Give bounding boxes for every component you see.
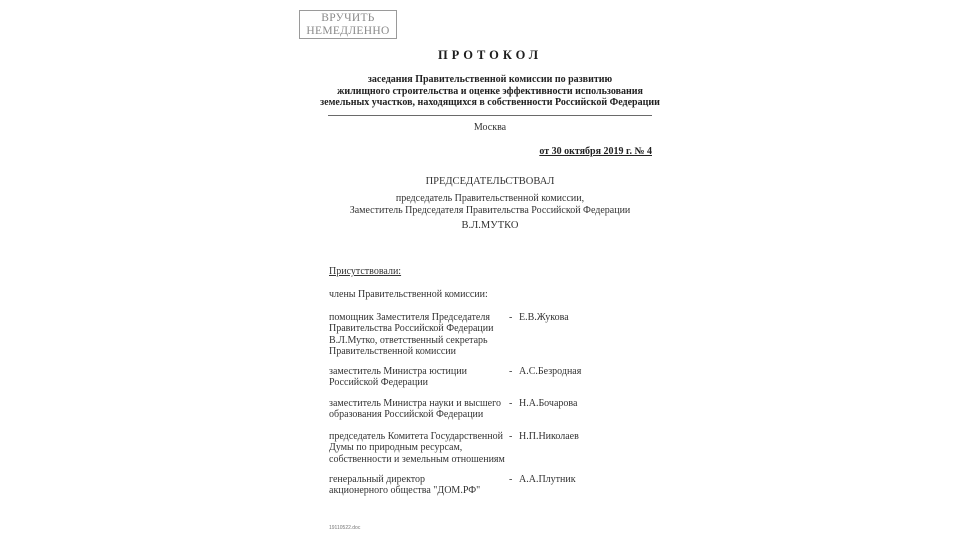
document-title: ПРОТОКОЛ xyxy=(300,48,680,63)
chair-heading: ПРЕДСЕДАТЕЛЬСТВОВАЛ xyxy=(300,176,680,187)
member-dash: - xyxy=(509,366,512,377)
member-position: заместитель Министра юстиции Российской … xyxy=(329,366,509,389)
member-position: помощник Заместителя Председателя Правит… xyxy=(329,312,509,357)
members-label: члены Правительственной комиссии: xyxy=(329,289,488,300)
member-name: А.С.Безродная xyxy=(519,366,581,377)
urgent-stamp: ВРУЧИТЬ НЕМЕДЛЕННО xyxy=(299,10,397,39)
chair-name: В.Л.МУТКО xyxy=(300,220,680,231)
member-position: генеральный директор акционерного общест… xyxy=(329,474,509,497)
member-dash: - xyxy=(509,398,512,409)
member-dash: - xyxy=(509,431,512,442)
stamp-line-2: НЕМЕДЛЕННО xyxy=(300,25,396,38)
member-dash: - xyxy=(509,474,512,485)
chair-role: председатель Правительственной комиссии,… xyxy=(300,193,680,217)
subtitle-line-3: земельных участков, находящихся в собств… xyxy=(300,97,680,109)
document-page: ВРУЧИТЬ НЕМЕДЛЕННО ПРОТОКОЛ заседания Пр… xyxy=(0,0,968,544)
chair-role-line-1: председатель Правительственной комиссии, xyxy=(300,193,680,205)
member-name: Н.А.Бочарова xyxy=(519,398,577,409)
member-name: А.А.Плутник xyxy=(519,474,576,485)
member-name: Н.П.Николаев xyxy=(519,431,579,442)
header-divider xyxy=(328,115,652,116)
subtitle-line-2: жилищного строительства и оценке эффекти… xyxy=(300,86,680,98)
member-position: заместитель Министра науки и высшего обр… xyxy=(329,398,509,421)
member-position: председатель Комитета Государственной Ду… xyxy=(329,431,509,465)
footer-filename: 19110522.doc xyxy=(329,525,360,531)
city: Москва xyxy=(300,122,680,133)
stamp-line-1: ВРУЧИТЬ xyxy=(300,12,396,25)
present-label: Присутствовали: xyxy=(329,266,401,277)
member-name: Е.В.Жукова xyxy=(519,312,569,323)
member-dash: - xyxy=(509,312,512,323)
chair-role-line-2: Заместитель Председателя Правительства Р… xyxy=(300,205,680,217)
subtitle-line-1: заседания Правительственной комиссии по … xyxy=(300,74,680,86)
document-subtitle: заседания Правительственной комиссии по … xyxy=(300,74,680,109)
date-and-number: от 30 октября 2019 г. № 4 xyxy=(539,146,652,157)
